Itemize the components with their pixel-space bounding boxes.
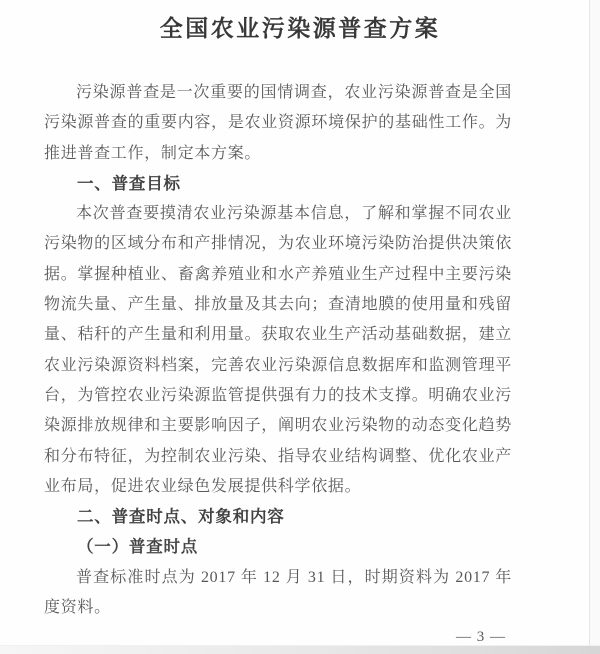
subsection-1-body: 普查标准时点为 2017 年 12 月 31 日，时期资料为 2017 年度资料… xyxy=(44,563,512,624)
section-1-heading: 一、普查目标 xyxy=(44,169,512,199)
document-content: 全国农业污染源普查方案 污染源普查是一次重要的国情调查，农业污染源普查是全国污染… xyxy=(0,0,600,651)
page-title: 全国农业污染源普查方案 xyxy=(44,14,556,44)
scan-edge-line xyxy=(589,0,590,646)
intro-paragraph: 污染源普查是一次重要的国情调查，农业污染源普查是全国污染源普查的重要内容，是农业… xyxy=(44,78,512,169)
scanned-document-page: 全国农业污染源普查方案 污染源普查是一次重要的国情调查，农业污染源普查是全国污染… xyxy=(0,0,600,654)
scan-right-margin xyxy=(590,0,600,646)
section-1-body: 本次普查要摸清农业污染源基本信息，了解和掌握不同农业污染物的区域分布和产排情况，… xyxy=(44,199,512,502)
section-2-heading: 二、普查时点、对象和内容 xyxy=(44,502,512,532)
subsection-1-heading: （一）普查时点 xyxy=(44,532,512,562)
scan-bottom-shadow xyxy=(0,645,600,654)
